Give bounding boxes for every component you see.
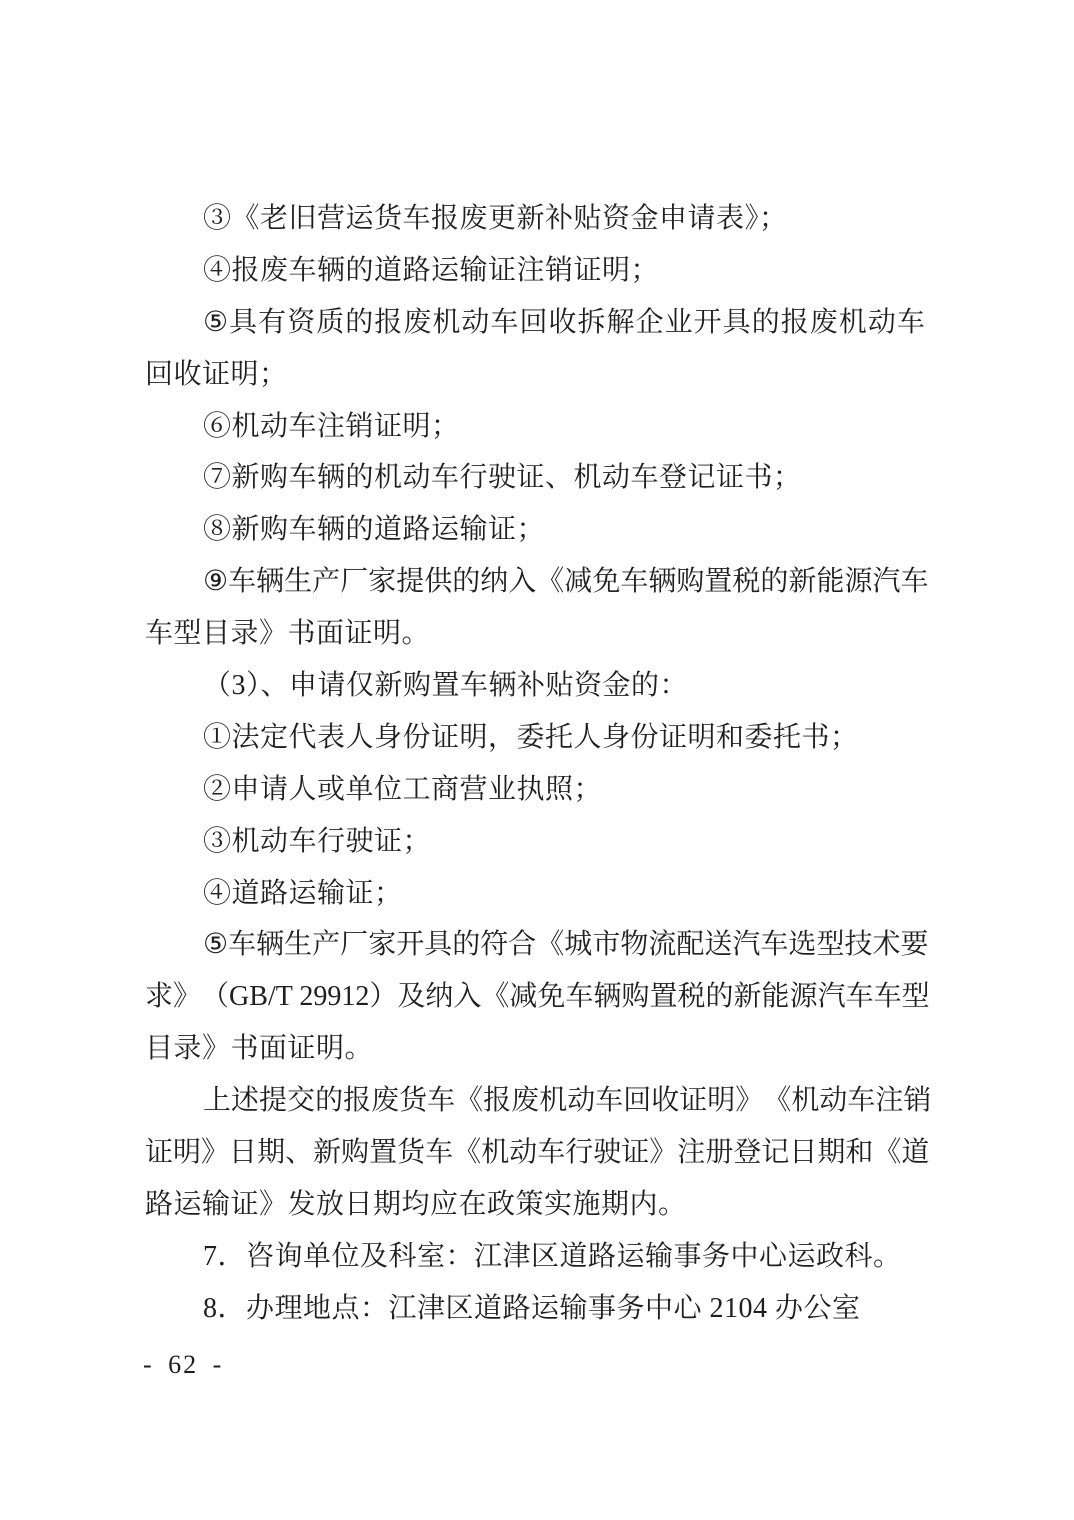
text-line: 证明》日期、新购置货车《机动车行驶证》注册登记日期和《道 <box>145 1127 925 1179</box>
page-footer: - 62 - <box>143 1352 223 1378</box>
text-line: ③机动车行驶证； <box>145 816 925 868</box>
text-line: ⑤具有资质的报废机动车回收拆解企业开具的报废机动车 <box>145 297 925 349</box>
text-line: 上述提交的报废货车《报废机动车回收证明》《机动车注销 <box>145 1075 925 1127</box>
text-line: 7．咨询单位及科室：江津区道路运输事务中心运政科。 <box>145 1231 925 1283</box>
text-line: ⑥机动车注销证明； <box>145 401 925 453</box>
text-line: ①法定代表人身份证明，委托人身份证明和委托书； <box>145 712 925 764</box>
text-line: 回收证明； <box>145 349 925 401</box>
text-line: 目录》书面证明。 <box>145 1023 925 1075</box>
text-line: ⑨车辆生产厂家提供的纳入《减免车辆购置税的新能源汽车 <box>145 556 925 608</box>
document-body: ③《老旧营运货车报废更新补贴资金申请表》；④报废车辆的道路运输证注销证明；⑤具有… <box>145 193 925 1335</box>
text-line: ⑤车辆生产厂家开具的符合《城市物流配送汽车选型技术要 <box>145 919 925 971</box>
text-line: ③《老旧营运货车报废更新补贴资金申请表》； <box>145 193 925 245</box>
text-line: 车型目录》书面证明。 <box>145 608 925 660</box>
text-line: （3）、申请仅新购置车辆补贴资金的： <box>145 660 925 712</box>
text-line: 8．办理地点：江津区道路运输事务中心 2104 办公室 <box>145 1283 925 1335</box>
text-line: 路运输证》发放日期均应在政策实施期内。 <box>145 1179 925 1231</box>
text-line: 求》（GB/T 29912）及纳入《减免车辆购置税的新能源汽车车型 <box>145 971 925 1023</box>
text-line: ④道路运输证； <box>145 868 925 920</box>
text-line: ⑦新购车辆的机动车行驶证、机动车登记证书； <box>145 452 925 504</box>
text-line: ②申请人或单位工商营业执照； <box>145 764 925 816</box>
page-number: - 62 - <box>143 1350 223 1379</box>
document-page: ③《老旧营运货车报废更新补贴资金申请表》；④报废车辆的道路运输证注销证明；⑤具有… <box>0 0 1074 1520</box>
text-line: ④报废车辆的道路运输证注销证明； <box>145 245 925 297</box>
text-line: ⑧新购车辆的道路运输证； <box>145 504 925 556</box>
